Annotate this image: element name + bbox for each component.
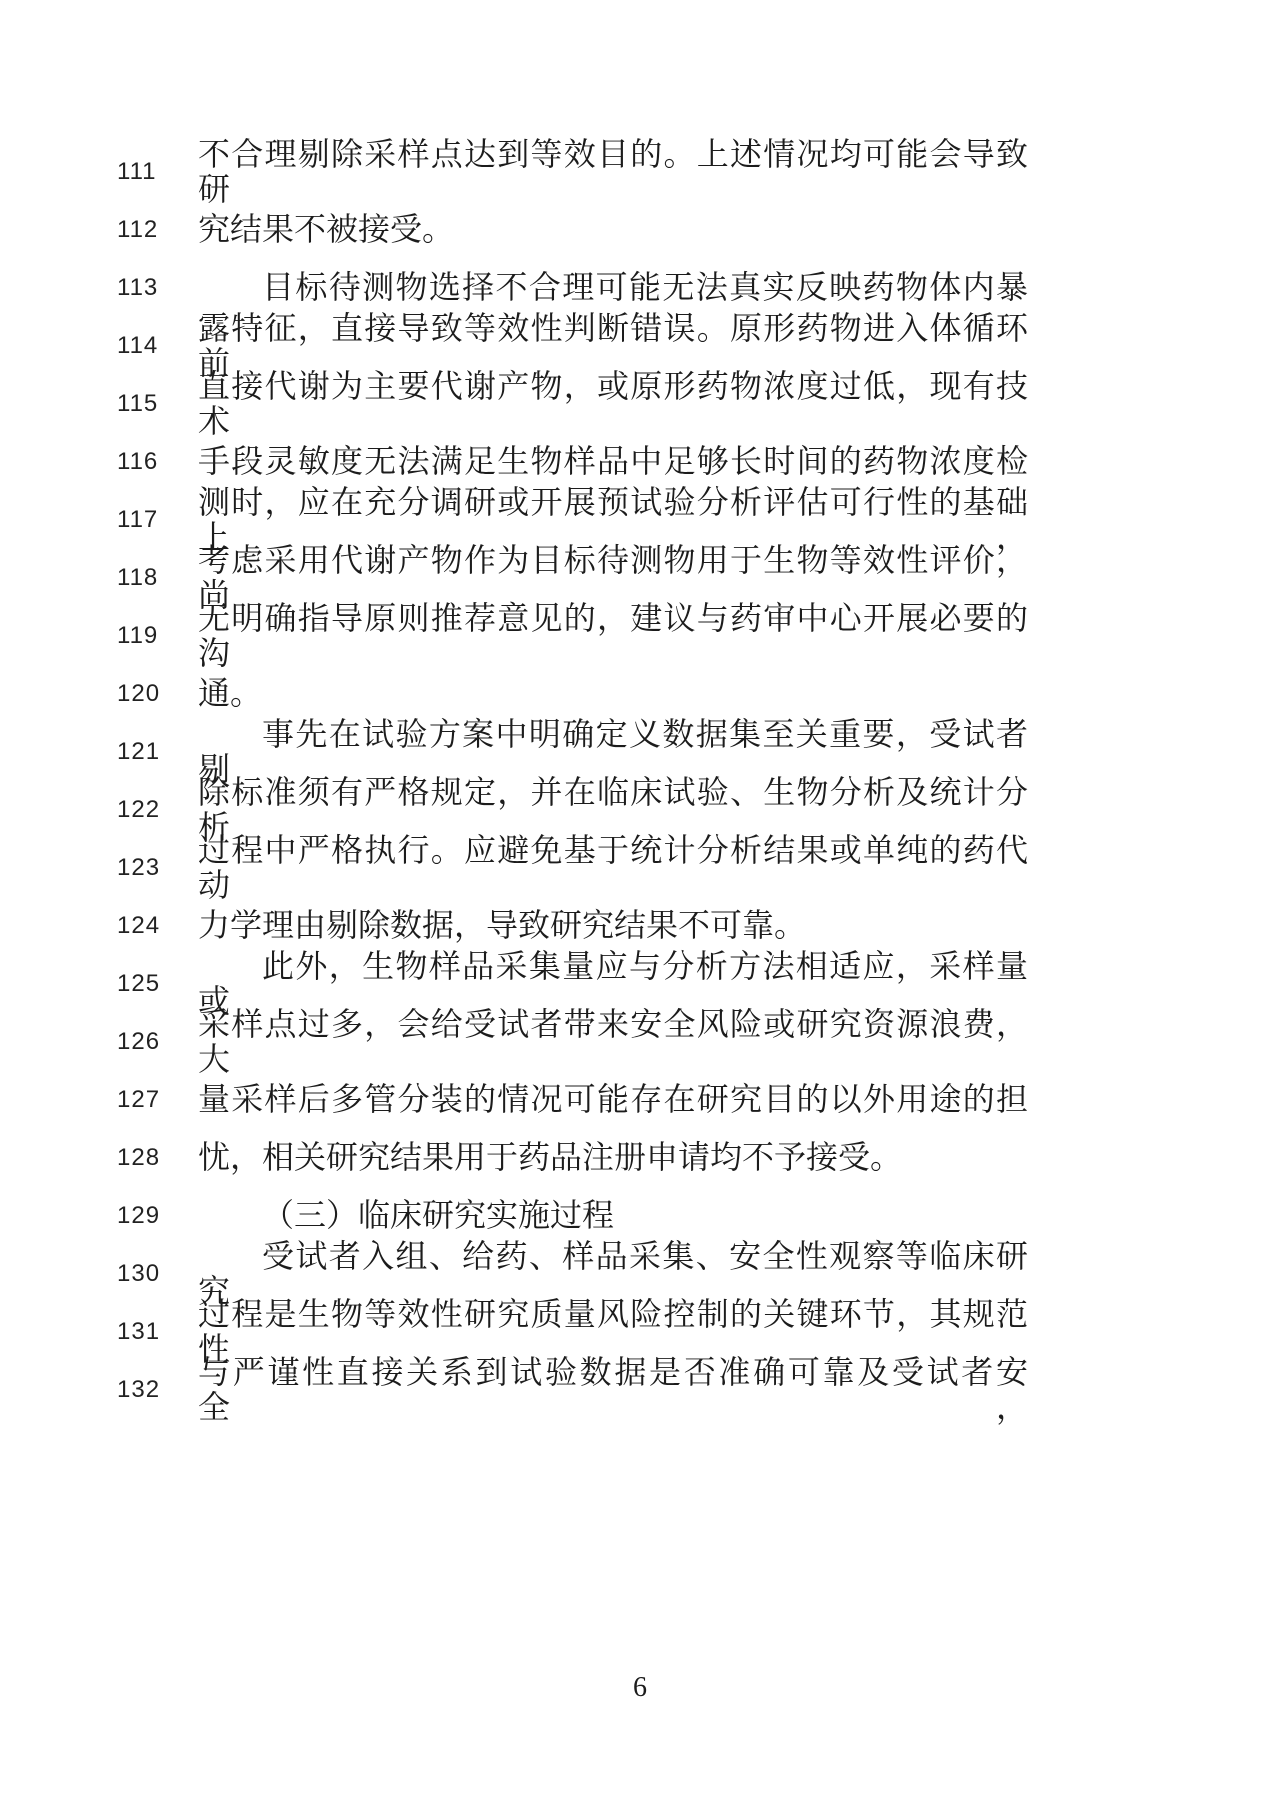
line-number: 122 [117, 796, 198, 824]
line-number: 112 [117, 216, 198, 244]
text-line: 120 通。 [117, 665, 1028, 723]
text-line: 121 事先在试验方案中明确定义数据集至关重要，受试者剔 [117, 723, 1028, 781]
line-text: 与严谨性直接关系到试验数据是否准确可靠及受试者安全， [198, 1355, 1028, 1425]
text-line: 119 无明确指导原则推荐意见的，建议与药审中心开展必要的沟 [117, 607, 1028, 665]
line-text: 目标待测物选择不合理可能无法真实反映药物体内暴 [198, 270, 1028, 305]
text-line: 132 与严谨性直接关系到试验数据是否准确可靠及受试者安全， [117, 1361, 1028, 1419]
text-line: 131 过程是生物等效性研究质量风险控制的关键环节，其规范性 [117, 1303, 1028, 1361]
text-line: 122 除标准须有严格规定，并在临床试验、生物分析及统计分析 [117, 781, 1028, 839]
line-number: 128 [117, 1144, 198, 1172]
text-line: 118 考虑采用代谢产物作为目标待测物用于生物等效性评价，尚 [117, 549, 1028, 607]
line-number: 123 [117, 854, 198, 882]
line-number: 126 [117, 1028, 198, 1056]
line-number: 119 [117, 622, 198, 650]
text-line: 125 此外，生物样品采集量应与分析方法相适应，采样量或 [117, 955, 1028, 1013]
line-number: 121 [117, 738, 198, 766]
text-line: 114 露特征，直接导致等效性判断错误。原形药物进入体循环前 [117, 317, 1028, 375]
line-number: 132 [117, 1376, 198, 1404]
text-line: 111 不合理剔除采样点达到等效目的。上述情况均可能会导致研 [117, 143, 1028, 201]
page-footer: 6 [0, 1672, 1280, 1704]
line-text: 通。 [198, 676, 1028, 711]
text-line: 112 究结果不被接受。 [117, 201, 1028, 259]
section-heading: （三）临床研究实施过程 [198, 1198, 1028, 1233]
line-number: 124 [117, 912, 198, 940]
line-text: 不合理剔除采样点达到等效目的。上述情况均可能会导致研 [198, 137, 1028, 207]
text-line: 124 力学理由剔除数据，导致研究结果不可靠。 [117, 897, 1028, 955]
text-line: 129 （三）临床研究实施过程 [117, 1187, 1028, 1245]
text-line: 130 受试者入组、给药、样品采集、安全性观察等临床研究 [117, 1245, 1028, 1303]
text-line: 113 目标待测物选择不合理可能无法真实反映药物体内暴 [117, 259, 1028, 317]
line-text: 究结果不被接受。 [198, 212, 1028, 247]
page-number: 6 [633, 1672, 647, 1703]
line-number: 120 [117, 680, 198, 708]
line-text: 力学理由剔除数据，导致研究结果不可靠。 [198, 908, 1028, 943]
line-number: 117 [117, 506, 198, 534]
line-number: 113 [117, 274, 198, 302]
line-number: 130 [117, 1260, 198, 1288]
text-line: 123 过程中严格执行。应避免基于统计分析结果或单纯的药代动 [117, 839, 1028, 897]
line-text: 量采样后多管分装的情况可能存在研究目的以外用途的担 [198, 1082, 1028, 1117]
line-text: 手段灵敏度无法满足生物样品中足够长时间的药物浓度检 [198, 444, 1028, 479]
text-line: 115 直接代谢为主要代谢产物，或原形药物浓度过低，现有技术 [117, 375, 1028, 433]
line-text: 采样点过多，会给受试者带来安全风险或研究资源浪费，大 [198, 1007, 1028, 1077]
text-line: 116 手段灵敏度无法满足生物样品中足够长时间的药物浓度检 [117, 433, 1028, 491]
line-text: 忧，相关研究结果用于药品注册申请均不予接受。 [198, 1140, 1028, 1175]
line-number: 114 [117, 332, 198, 360]
line-number: 131 [117, 1318, 198, 1346]
line-number: 127 [117, 1086, 198, 1114]
line-text: 直接代谢为主要代谢产物，或原形药物浓度过低，现有技术 [198, 369, 1028, 439]
line-number: 129 [117, 1202, 198, 1230]
line-number: 116 [117, 448, 198, 476]
document-body: 111 不合理剔除采样点达到等效目的。上述情况均可能会导致研 112 究结果不被… [117, 143, 1028, 1419]
line-number: 111 [117, 158, 198, 186]
line-number: 125 [117, 970, 198, 998]
text-line: 127 量采样后多管分装的情况可能存在研究目的以外用途的担 [117, 1071, 1028, 1129]
text-line: 126 采样点过多，会给受试者带来安全风险或研究资源浪费，大 [117, 1013, 1028, 1071]
line-number: 115 [117, 390, 198, 418]
line-number: 118 [117, 564, 198, 592]
line-text: 无明确指导原则推荐意见的，建议与药审中心开展必要的沟 [198, 601, 1028, 671]
text-line: 117 测时，应在充分调研或开展预试验分析评估可行性的基础上， [117, 491, 1028, 549]
text-line: 128 忧，相关研究结果用于药品注册申请均不予接受。 [117, 1129, 1028, 1187]
line-text: 过程中严格执行。应避免基于统计分析结果或单纯的药代动 [198, 833, 1028, 903]
document-page: 111 不合理剔除采样点达到等效目的。上述情况均可能会导致研 112 究结果不被… [0, 0, 1280, 1810]
